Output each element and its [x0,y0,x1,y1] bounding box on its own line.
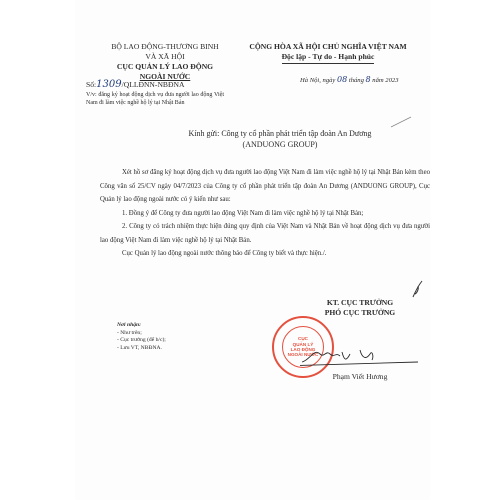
addressee: Kính gửi: Công ty cổ phần phát triển tập… [130,128,430,150]
date-month-label: tháng [349,77,364,84]
issue-date: Hà Nội, ngày 08 tháng 8 năm 2023 [300,75,399,84]
initial-mark-icon [410,280,424,298]
body-paragraph-closing: Cục Quản lý lao động ngoài nước thông bá… [100,247,430,261]
national-header: CỘNG HÒA XÃ HỘI CHỦ NGHĨA VIỆT NAM Độc l… [228,42,428,64]
ministry-name-cont: VÀ XÃ HỘI [95,52,235,62]
recipient-item: - Lưu VT, NBĐNA. [117,345,227,353]
date-prefix: Hà Nội, ngày [300,77,335,84]
recipient-item: - Cục trưởng (để b/c); [117,337,227,345]
recipients-list: Nơi nhận: - Như trên; - Cục trưởng (để b… [117,322,227,352]
national-motto: Độc lập - Tự do - Hạnh phúc [282,52,375,64]
signer-name: Phạm Viết Hương [300,372,420,381]
document-number: Số:1309/QLLĐNN-NBĐNA [86,79,184,90]
pen-stroke-mark [390,116,412,128]
number-suffix: /QLLĐNN-NBĐNA [122,80,185,89]
subject-line: V/v: đăng ký hoạt động dịch vụ đưa người… [86,91,224,107]
addressee-line1: Kính gửi: Công ty cổ phần phát triển tập… [130,128,430,139]
signature-title-line1: KT. CỤC TRƯỞNG [300,298,420,308]
date-year: năm 2023 [372,77,398,84]
issuer-header: BỘ LAO ĐỘNG-THƯƠNG BINH VÀ XÃ HỘI CỤC QU… [95,42,235,82]
date-day: 08 [337,75,347,84]
date-month: 8 [366,75,371,84]
letter-body: Xét hồ sơ đăng ký hoạt động dịch vụ đưa … [100,166,430,261]
addressee-line2: (ANDUONG GROUP) [130,139,430,150]
body-paragraph-point1: 1. Đồng ý để Công ty đưa người lao động … [100,207,430,221]
recipient-item: - Như trên; [117,330,227,338]
body-paragraph-point2: 2. Công ty có trách nhiệm thực hiện đúng… [100,220,430,247]
ministry-name: BỘ LAO ĐỘNG-THƯƠNG BINH [95,42,235,52]
handwritten-number: 1309 [96,79,121,90]
signature-title: KT. CỤC TRƯỞNG PHÓ CỤC TRƯỞNG [300,298,420,318]
recipients-title: Nơi nhận: [117,322,227,330]
handwritten-signature-icon [300,340,420,370]
signature-title-line2: PHÓ CỤC TRƯỞNG [300,308,420,318]
department-name: CỤC QUẢN LÝ LAO ĐỘNG [95,62,235,72]
body-paragraph-intro: Xét hồ sơ đăng ký hoạt động dịch vụ đưa … [100,166,430,207]
number-prefix: Số: [86,80,96,89]
country-name: CỘNG HÒA XÃ HỘI CHỦ NGHĨA VIỆT NAM [228,42,428,52]
